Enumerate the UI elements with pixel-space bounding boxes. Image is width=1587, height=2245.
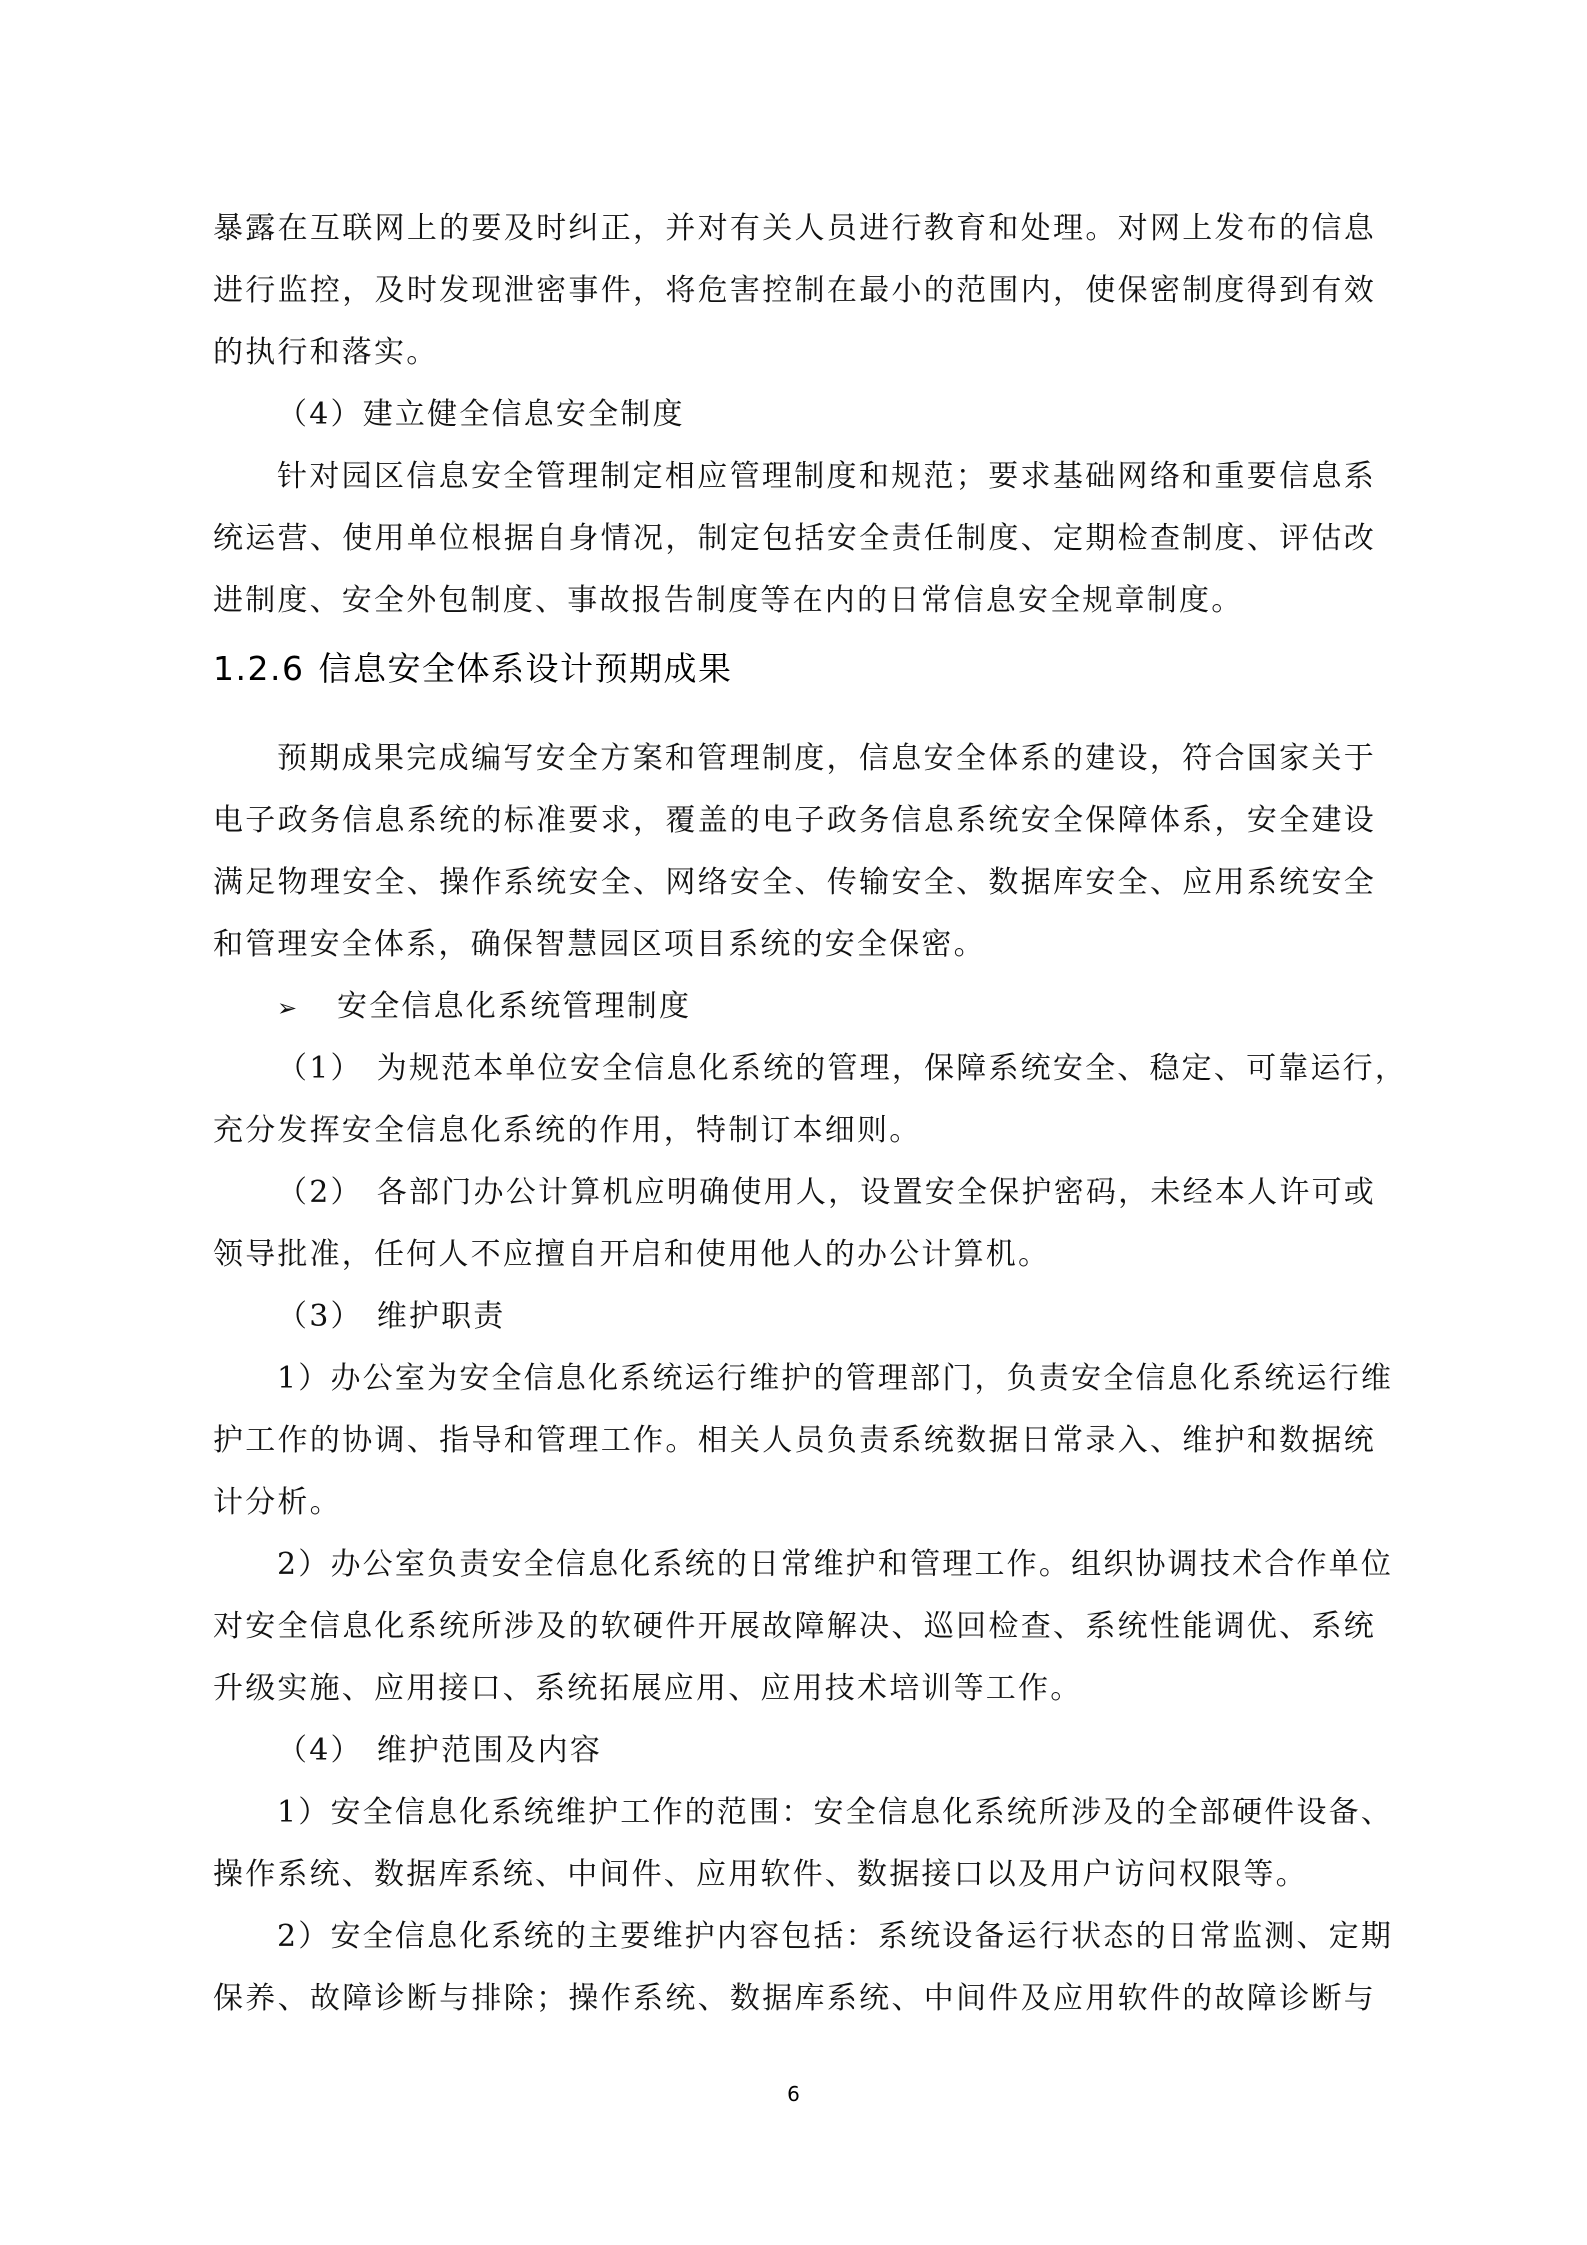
text-line: 进制度、安全外包制度、事故报告制度等在内的日常信息安全规章制度。 xyxy=(213,570,1376,632)
item-label: （1） xyxy=(277,1051,363,1086)
text-line: 2）安全信息化系统的主要维护内容包括：系统设备运行状态的日常监测、定期 xyxy=(213,1906,1376,1968)
text-line: 2）办公室负责安全信息化系统的日常维护和管理工作。组织协调技术合作单位 xyxy=(213,1534,1376,1596)
subheading-text: 建立健全信息安全制度 xyxy=(363,397,685,432)
text-line: 进行监控，及时发现泄密事件，将危害控制在最小的范围内，使保密制度得到有效 xyxy=(213,260,1376,322)
paragraph-expected-results: 预期成果完成编写安全方案和管理制度，信息安全体系的建设，符合国家关于 电子政务信… xyxy=(213,728,1376,976)
subheading-label: （4） xyxy=(277,1733,363,1768)
section-title: 信息安全体系设计预期成果 xyxy=(318,649,732,688)
section-heading: 1.2.6信息安全体系设计预期成果 xyxy=(213,636,1376,728)
text-line: 电子政务信息系统的标准要求，覆盖的电子政务信息系统安全保障体系，安全建设 xyxy=(213,790,1376,852)
section-number: 1.2.6 xyxy=(213,649,304,688)
text-line: 对安全信息化系统所涉及的软硬件开展故障解决、巡回检查、系统性能调优、系统 xyxy=(213,1596,1376,1658)
text-line: 操作系统、数据库系统、中间件、应用软件、数据接口以及用户访问权限等。 xyxy=(213,1844,1376,1906)
text-line: 统运营、使用单位根据自身情况，制定包括安全责任制度、定期检查制度、评估改 xyxy=(213,508,1376,570)
page-number: 6 xyxy=(0,2082,1587,2106)
subheading-text: 维护职责 xyxy=(377,1299,506,1334)
text-line: 和管理安全体系，确保智慧园区项目系统的安全保密。 xyxy=(213,914,1376,976)
document-body: 暴露在互联网上的要及时纠正，并对有关人员进行教育和处理。对网上发布的信息 进行监… xyxy=(213,198,1376,2030)
subheading-maintenance-scope: （4）维护范围及内容 xyxy=(213,1720,1376,1782)
text-line: 暴露在互联网上的要及时纠正，并对有关人员进行教育和处理。对网上发布的信息 xyxy=(213,198,1376,260)
paragraph-duty-1: 1）办公室为安全信息化系统运行维护的管理部门，负责安全信息化系统运行维 护工作的… xyxy=(213,1348,1376,1534)
text-line: 满足物理安全、操作系统安全、网络安全、传输安全、数据库安全、应用系统安全 xyxy=(213,852,1376,914)
text-line: （1）为规范本单位安全信息化系统的管理，保障系统安全、稳定、可靠运行， xyxy=(213,1038,1376,1100)
subheading-maintenance-duties: （3）维护职责 xyxy=(213,1286,1376,1348)
paragraph-confidentiality: 暴露在互联网上的要及时纠正，并对有关人员进行教育和处理。对网上发布的信息 进行监… xyxy=(213,198,1376,384)
bullet-text: 安全信息化系统管理制度 xyxy=(337,989,691,1024)
bullet-item-management-policy: ➢安全信息化系统管理制度 xyxy=(213,976,1376,1038)
text-line: 1）安全信息化系统维护工作的范围：安全信息化系统所涉及的全部硬件设备、 xyxy=(213,1782,1376,1844)
text-line: 预期成果完成编写安全方案和管理制度，信息安全体系的建设，符合国家关于 xyxy=(213,728,1376,790)
item-text: 各部门办公计算机应明确使用人，设置安全保护密码，未经本人许可或 xyxy=(377,1175,1376,1210)
text-line: 充分发挥安全信息化系统的作用，特制订本细则。 xyxy=(213,1100,1376,1162)
text-line: （2）各部门办公计算机应明确使用人，设置安全保护密码，未经本人许可或 xyxy=(213,1162,1376,1224)
subheading-label: （3） xyxy=(277,1299,363,1334)
numbered-item-2: （2）各部门办公计算机应明确使用人，设置安全保护密码，未经本人许可或 领导批准，… xyxy=(213,1162,1376,1286)
text-line: 领导批准，任何人不应擅自开启和使用他人的办公计算机。 xyxy=(213,1224,1376,1286)
item-label: （2） xyxy=(277,1175,363,1210)
subheading-text: 维护范围及内容 xyxy=(377,1733,602,1768)
text-line: 1）办公室为安全信息化系统运行维护的管理部门，负责安全信息化系统运行维 xyxy=(213,1348,1376,1410)
paragraph-policy-requirements: 针对园区信息安全管理制定相应管理制度和规范；要求基础网络和重要信息系 统运营、使… xyxy=(213,446,1376,632)
numbered-item-1: （1）为规范本单位安全信息化系统的管理，保障系统安全、稳定、可靠运行， 充分发挥… xyxy=(213,1038,1376,1162)
item-text: 为规范本单位安全信息化系统的管理，保障系统安全、稳定、可靠运行， xyxy=(377,1051,1407,1086)
text-line: 升级实施、应用接口、系统拓展应用、应用技术培训等工作。 xyxy=(213,1658,1376,1720)
paragraph-scope-2: 2）安全信息化系统的主要维护内容包括：系统设备运行状态的日常监测、定期 保养、故… xyxy=(213,1906,1376,2030)
text-line: 针对园区信息安全管理制定相应管理制度和规范；要求基础网络和重要信息系 xyxy=(213,446,1376,508)
subheading-label: （4） xyxy=(277,397,363,432)
subheading-establish-security-policy: （4）建立健全信息安全制度 xyxy=(213,384,1376,446)
text-line: 的执行和落实。 xyxy=(213,322,1376,384)
text-line: 护工作的协调、指导和管理工作。相关人员负责系统数据日常录入、维护和数据统 xyxy=(213,1410,1376,1472)
arrowhead-bullet-icon: ➢ xyxy=(277,977,307,1039)
text-line: 计分析。 xyxy=(213,1472,1376,1534)
paragraph-duty-2: 2）办公室负责安全信息化系统的日常维护和管理工作。组织协调技术合作单位 对安全信… xyxy=(213,1534,1376,1720)
text-line: 保养、故障诊断与排除；操作系统、数据库系统、中间件及应用软件的故障诊断与 xyxy=(213,1968,1376,2030)
paragraph-scope-1: 1）安全信息化系统维护工作的范围：安全信息化系统所涉及的全部硬件设备、 操作系统… xyxy=(213,1782,1376,1906)
